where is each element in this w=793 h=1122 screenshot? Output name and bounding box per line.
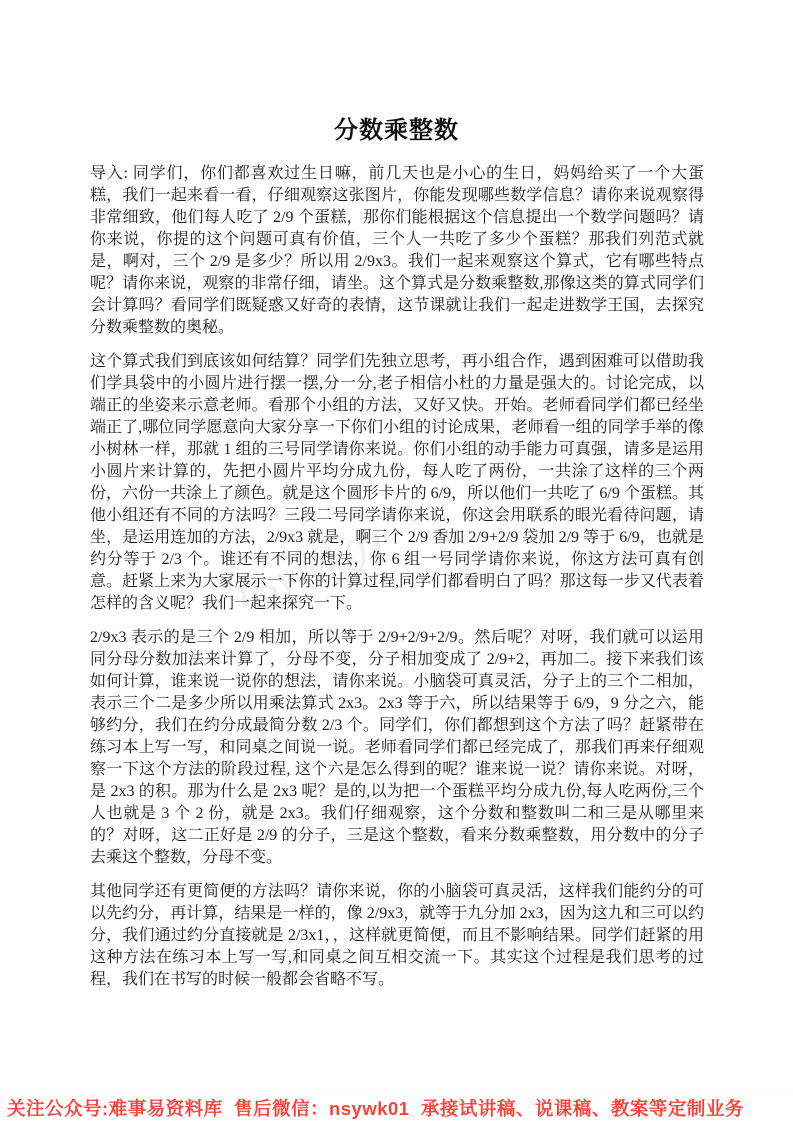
paragraph-simplified-method: 其他同学还有更简便的方法吗？请你来说，你的小脑袋可真灵活，这样我们能约分的可以先… xyxy=(90,881,704,991)
document-body: 导入: 同学们，你们都喜欢过生日嘛，前几天也是小心的生日，妈妈给买了一个大蛋糕，… xyxy=(90,163,704,1003)
paragraph-lesson-intro: 导入: 同学们，你们都喜欢过生日嘛，前几天也是小心的生日，妈妈给买了一个大蛋糕，… xyxy=(90,163,704,339)
paragraph-calculation-method: 2/9x3 表示的是三个 2/9 相加，所以等于 2/9+2/9+2/9。然后呢… xyxy=(90,627,704,869)
footer-banner: 关注公众号:难事易资料库 售后微信：nsywk01 承接试讲稿、说课稿、教案等定… xyxy=(0,1092,793,1122)
document-page: 分数乘整数 nsywk01 导入: 同学们，你们都喜欢过生日嘛，前几天也是小心的… xyxy=(0,0,793,1122)
footer-promo-text: 关注公众号:难事易资料库 售后微信：nsywk01 承接试讲稿、说课稿、教案等定… xyxy=(7,1095,744,1121)
paragraph-group-exploration: 这个算式我们到底该如何结算？同学们先独立思考，再小组合作，遇到困难可以借助我们学… xyxy=(90,351,704,615)
document-title: 分数乘整数 xyxy=(0,0,793,145)
